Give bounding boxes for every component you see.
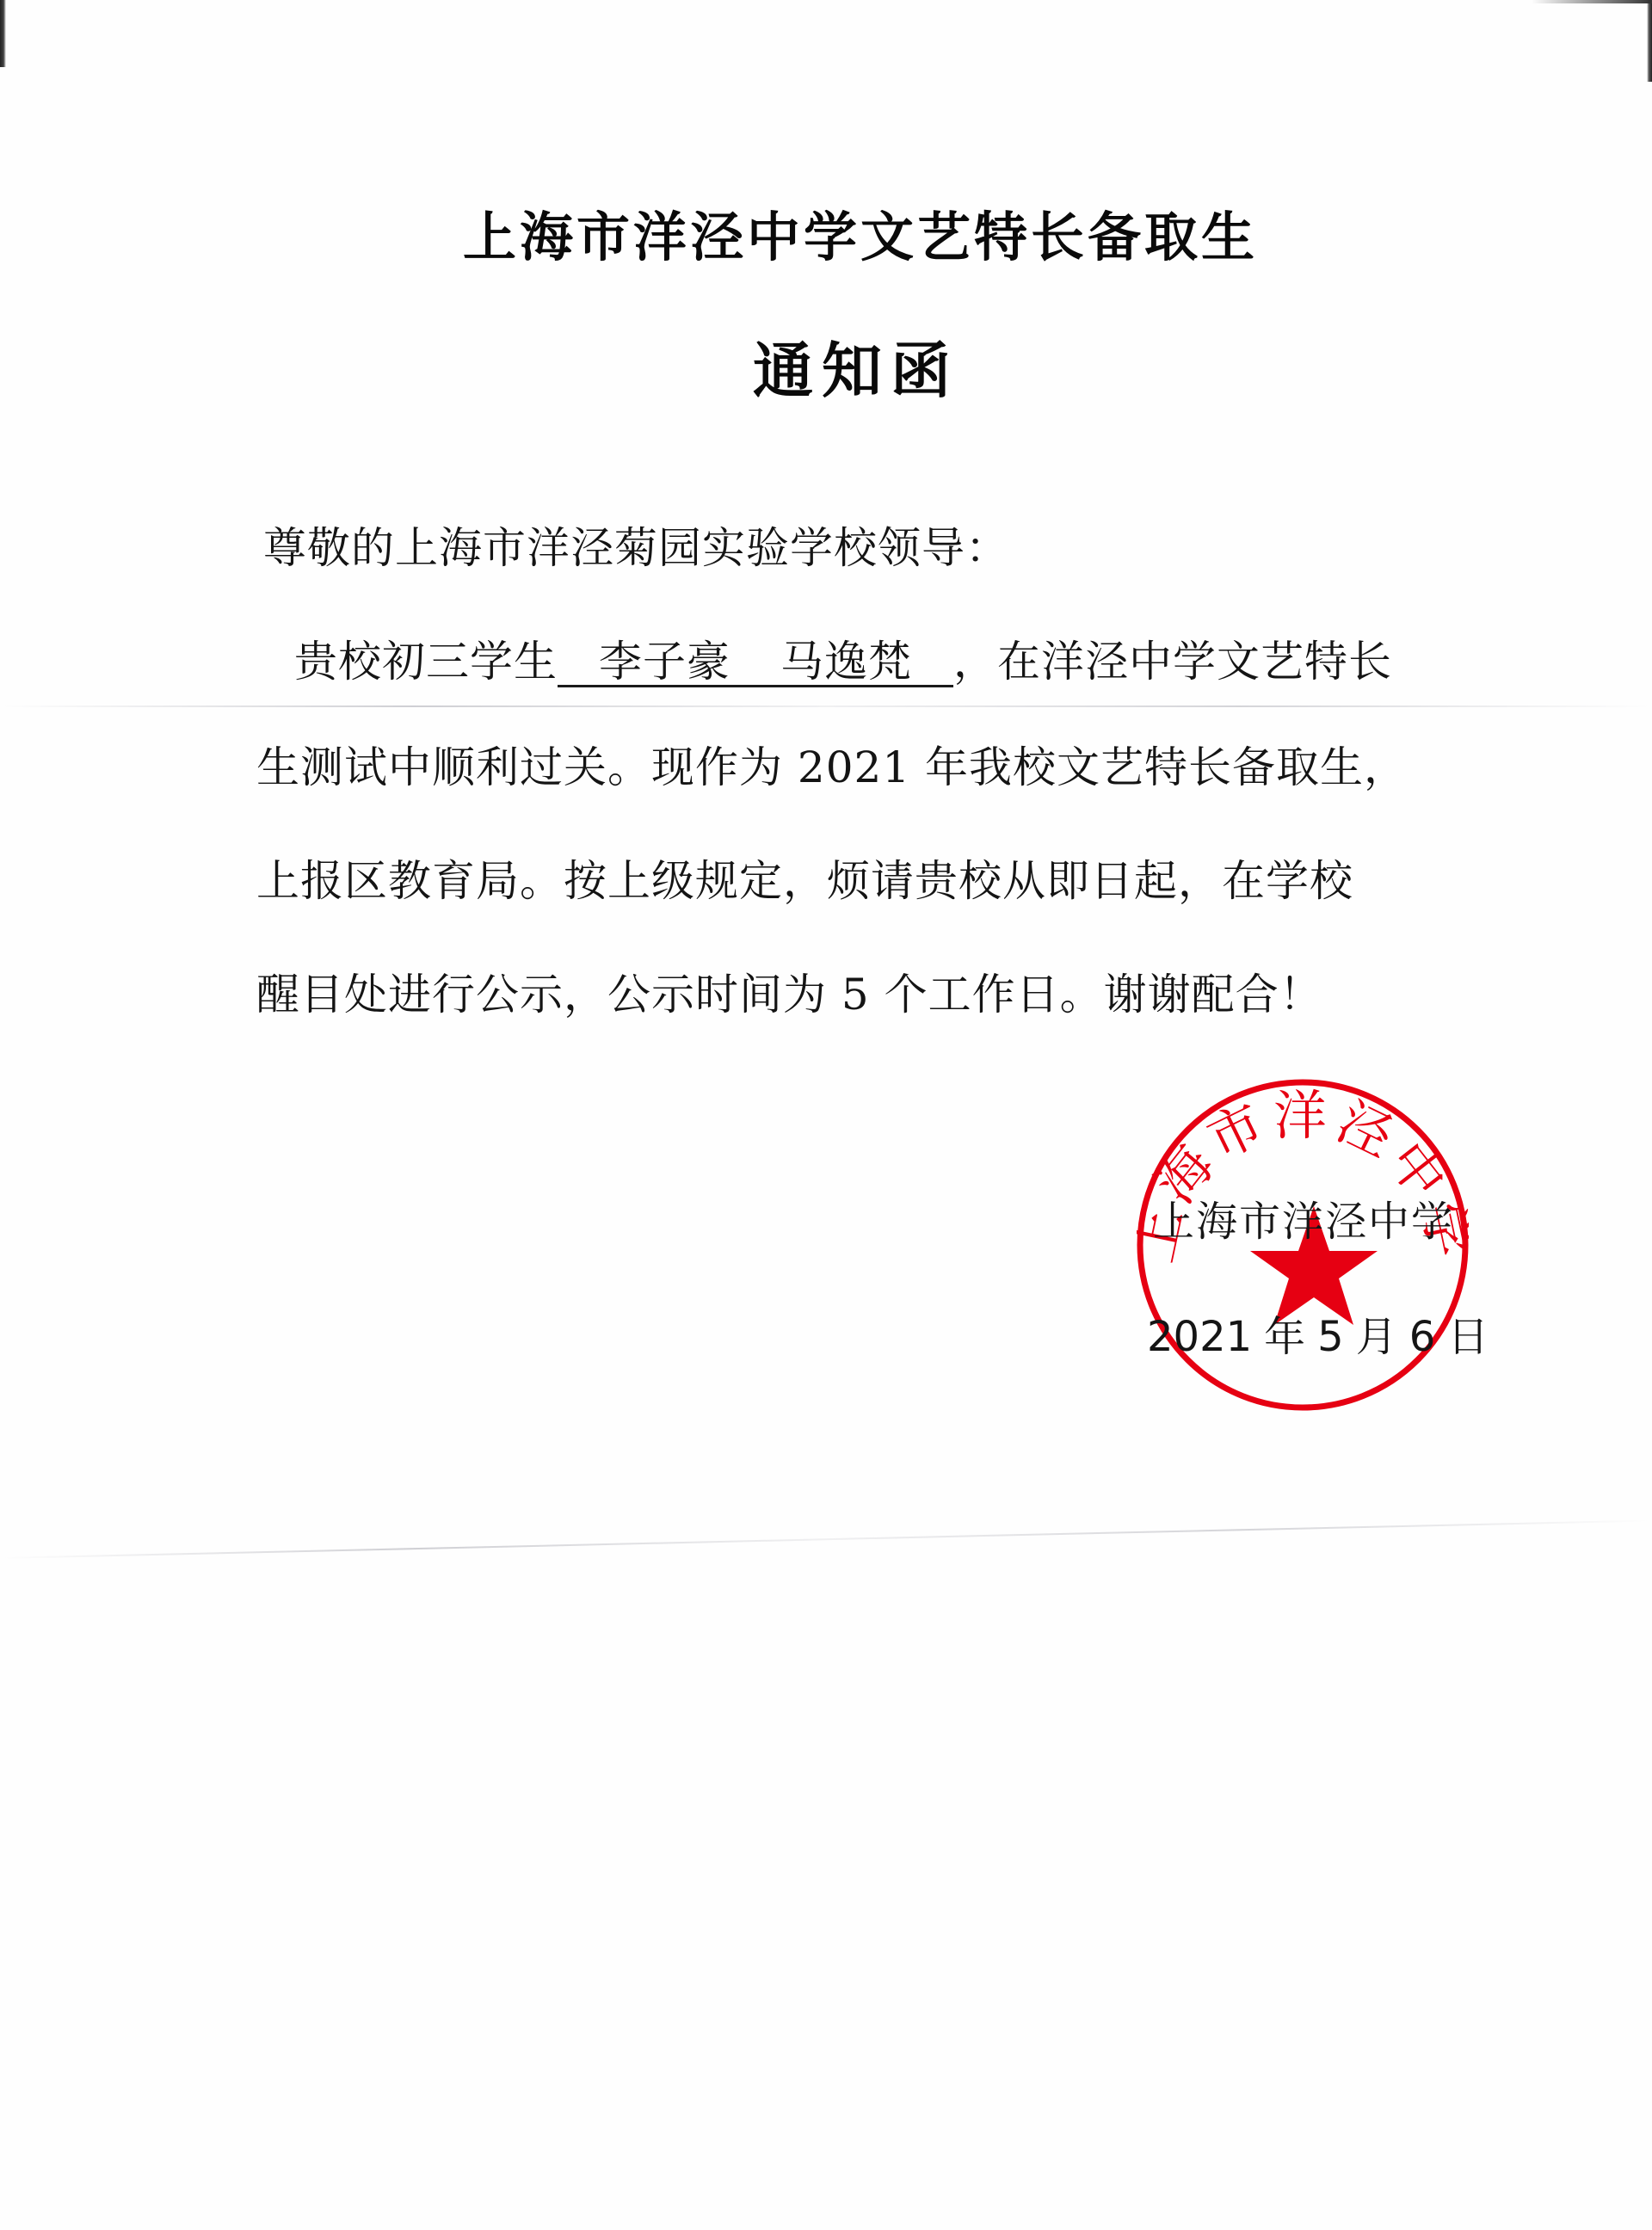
student-names-underlined: 李子豪马逸梵 xyxy=(558,638,953,687)
student-name: 马逸梵 xyxy=(780,637,912,687)
body-line-1-suffix: ，在洋泾中学文艺特长 xyxy=(953,637,1392,687)
signature-school: 上海市洋泾中学 xyxy=(1153,1198,1454,1246)
date-month: 5 xyxy=(1317,1313,1344,1361)
date-day: 6 xyxy=(1409,1313,1436,1361)
document-title: 上海市洋泾中学文艺特长备取生 xyxy=(0,194,1652,271)
date-year: 2021 xyxy=(1147,1313,1252,1361)
body-line-2: 生测试中顺利过关。现作为 2021 年我校文艺特长备取生， xyxy=(256,742,1408,793)
scan-edge-shadow-top xyxy=(1532,0,1652,3)
date-month-unit: 月 xyxy=(1356,1313,1397,1361)
student-name: 李子豪 xyxy=(599,637,730,687)
scanned-letter-page: 上海市洋泾中学文艺特长备取生 通知函 尊敬的上海市洋泾菊园实验学校领导： 贵校初… xyxy=(0,0,1652,2230)
body-line-1: 贵校初三学生李子豪马逸梵，在洋泾中学文艺特长 xyxy=(294,636,1392,687)
body-line-3: 上报区教育局。按上级规定，烦请贵校从即日起，在学校 xyxy=(256,855,1353,907)
document-subtitle: 通知函 xyxy=(0,323,1652,410)
scan-edge-shadow-right xyxy=(1647,0,1652,82)
scan-edge-shadow-left xyxy=(0,0,6,67)
date-year-unit: 年 xyxy=(1264,1313,1305,1361)
body-line-1-prefix: 贵校初三学生 xyxy=(294,637,558,687)
signature-date: 2021年5月6日 xyxy=(1147,1313,1489,1361)
paper-fold-line xyxy=(0,705,1652,707)
paper-fold-line xyxy=(0,1519,1652,1559)
date-day-unit: 日 xyxy=(1447,1313,1489,1361)
salutation: 尊敬的上海市洋泾菊园实验学校领导： xyxy=(263,522,1009,574)
body-line-4: 醒目处进行公示，公示时间为 5 个工作日。谢谢配合！ xyxy=(256,969,1323,1020)
